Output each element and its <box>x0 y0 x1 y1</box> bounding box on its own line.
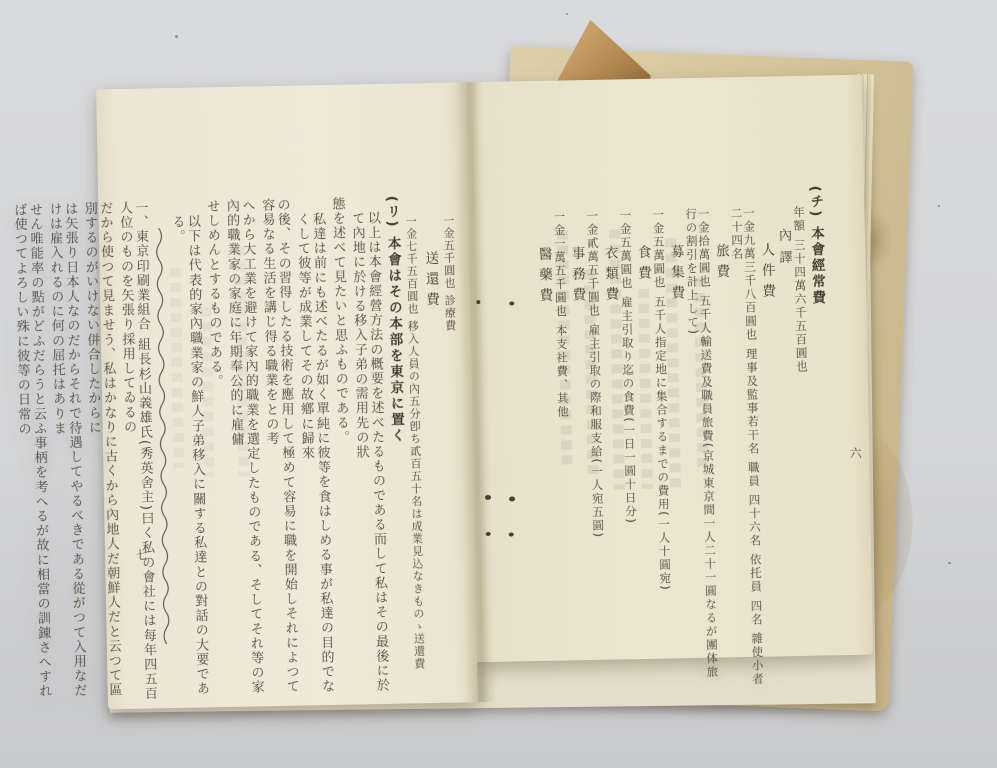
photo-of-open-booklet: 一金五千圓也 診療費送還費一金七千五百圓也 移入人員の內五分卽ち貳百五十名は成業… <box>0 0 997 768</box>
left-page: 一金五千圓也 診療費送還費一金七千五百圓也 移入人員の內五分卽ち貳百五十名は成業… <box>96 82 478 709</box>
binding-hole <box>509 532 514 536</box>
binding-hole <box>476 300 480 304</box>
right-page: (チ) 本會經常費年額 三十四萬六千五百圓也內譯人件費一金九萬三千八百圓也 理事… <box>466 75 873 662</box>
text-column: せん唯能率の點がどふだらうと云ふ事柄を考へるが故に相當の訓錬さへすれば使つてよろ… <box>11 202 52 705</box>
dust-speck <box>175 35 178 38</box>
text-column: へから大工業を避けて家內的職業を選定したものである、そしてそれ等の家內的職業家の… <box>223 198 264 701</box>
text-column: は矢張り日本人なのだからそれで待遇してやるべきである從がつて入用なだけは雇入れる… <box>46 202 87 705</box>
dust-speck <box>566 13 568 15</box>
text-column: 以下は代表的家內職業家の鮮人子弟移入に關する私達との對話の大要である。 <box>168 199 209 702</box>
left-page-text: 一金五千圓也 診療費送還費一金七千五百圓也 移入人員の內五分卽ち貳百五十名は成業… <box>138 195 464 703</box>
binding-hole <box>486 532 491 536</box>
open-page-spread: 一金五千圓也 診療費送還費一金七千五百圓也 移入人員の內五分卽ち貳百五十名は成業… <box>96 75 874 712</box>
right-page-text: (チ) 本會經常費年額 三十四萬六千五百圓也內譯人件費一金九萬三千八百圓也 理事… <box>520 185 832 693</box>
text-column: だから使つて見ませう、私はかなりに古くから內地人だ朝鮮人だと云つて區別するのがい… <box>81 201 122 704</box>
text-column: の後、その習得したる技術を應用して極めて容易に職を開始しそれによつて容易なる生活… <box>258 198 299 701</box>
text-column: 私達は前にも述べたるが如く單純に彼等を食はしめる事が私達の目的でなくして彼等が成… <box>293 197 334 700</box>
dust-speck <box>948 562 951 564</box>
dust-speck <box>938 205 940 207</box>
page-number-right: 六 <box>847 447 864 459</box>
page-number-left: 七 <box>133 548 150 560</box>
text-column: 一、東京印刷業組合 組長杉山義雄氏(秀英舍主)曰く私の會社には每年四五百人位のも… <box>116 200 157 703</box>
text-column: 以上は本會經營方法の概要を述べたるものである而して私はその最後に於て內地に於ける… <box>348 196 389 699</box>
